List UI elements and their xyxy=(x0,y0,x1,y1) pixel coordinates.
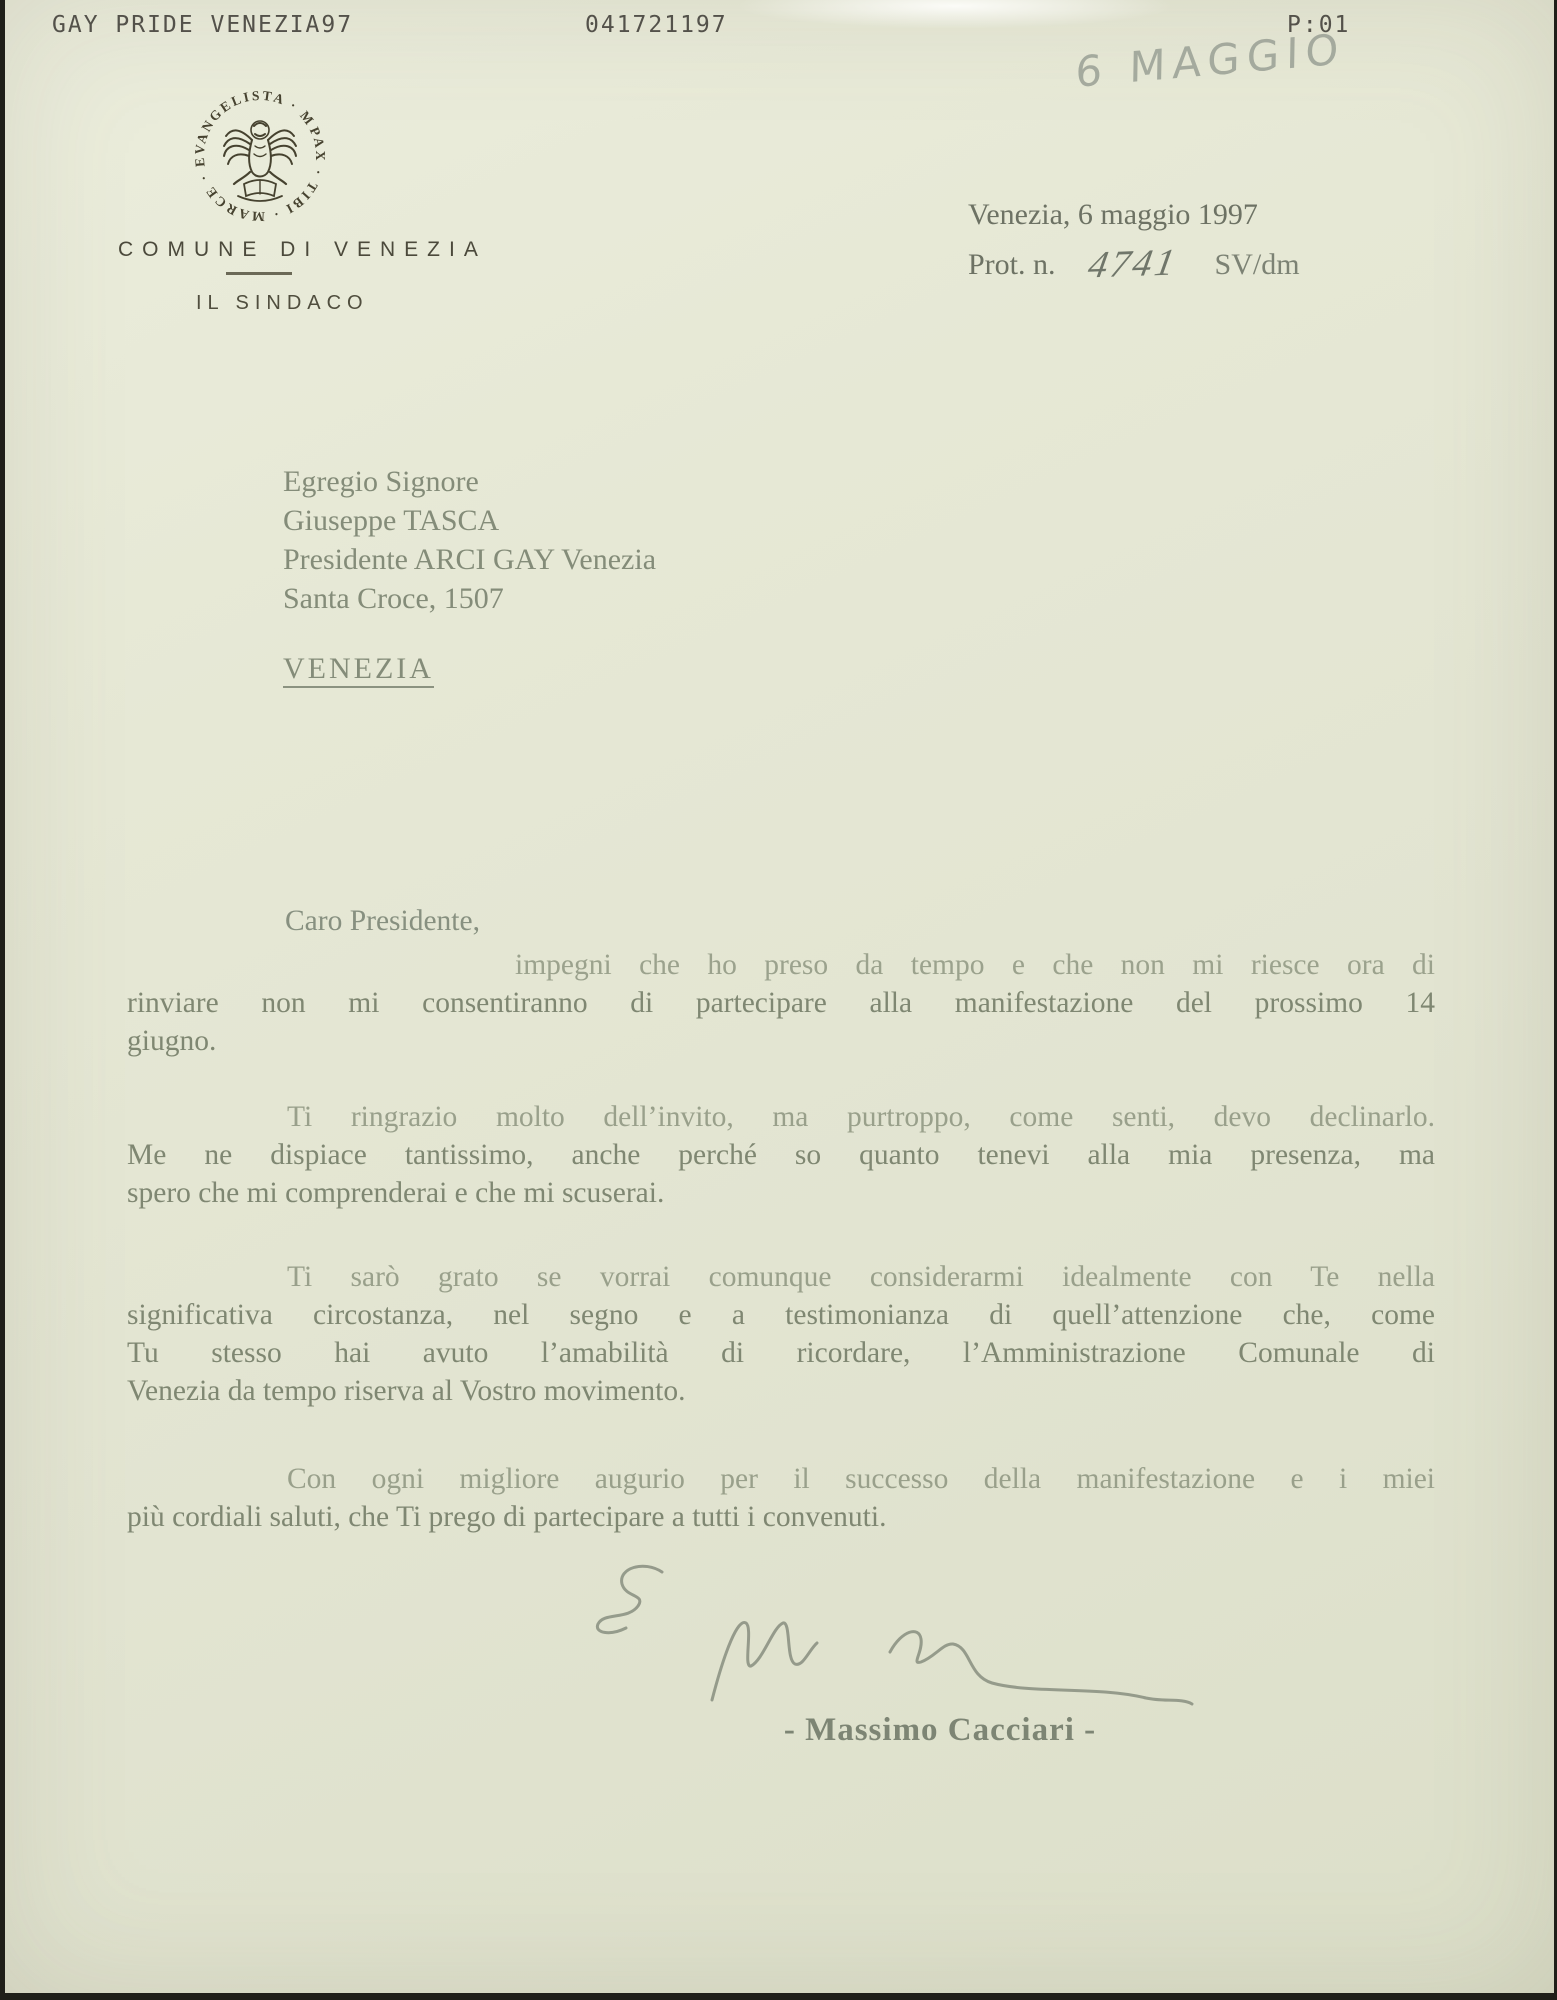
recipient-line: Egregio Signore xyxy=(283,462,656,501)
letter-line: rinviare non mi consentiranno di parteci… xyxy=(127,984,1435,1022)
letter-line: Ti ringrazio molto dell’invito, ma purtr… xyxy=(127,1098,1435,1136)
recipient-city: VENEZIA xyxy=(283,652,434,686)
protocol-label: Prot. n. xyxy=(968,248,1056,281)
letter-line: giugno. xyxy=(127,1022,1435,1060)
lion-of-st-mark-seal-icon: PAX · TIBI · MARCE · EVANGELISTA · MEVS … xyxy=(192,88,328,228)
handwritten-signature xyxy=(540,1540,1260,1730)
letterhead-organization: COMUNE DI VENEZIA xyxy=(118,238,487,262)
paragraph: impegni che ho preso da tempo e che non … xyxy=(127,946,1435,1060)
recipient-line: Giuseppe TASCA xyxy=(283,501,656,540)
letterhead-divider xyxy=(226,272,292,275)
letter-line: Me ne dispiace tantissimo, anche perché … xyxy=(127,1136,1435,1174)
fax-number: 041721197 xyxy=(585,12,728,38)
protocol-suffix: SV/dm xyxy=(1215,248,1300,281)
salutation: Caro Presidente, xyxy=(127,902,1435,940)
recipient-line: Santa Croce, 1507 xyxy=(283,579,656,618)
protocol-line: Prot. n. 4741 SV/dm xyxy=(968,242,1300,286)
protocol-number-handwritten: 4741 xyxy=(1085,240,1181,287)
letter-line: più cordiali saluti, che Ti prego di par… xyxy=(127,1498,1435,1536)
letter-line: Venezia da tempo riserva al Vostro movim… xyxy=(127,1372,1435,1410)
paragraph: Ti ringrazio molto dell’invito, ma purtr… xyxy=(127,1098,1435,1212)
fax-sender-id: GAY PRIDE VENEZIA97 xyxy=(52,12,353,38)
recipient-line: Presidente ARCI GAY Venezia xyxy=(283,540,656,579)
letter-line: Ti sarò grato se vorrai comunque conside… xyxy=(127,1258,1435,1296)
scanned-fax-page: GAY PRIDE VENEZIA97 041721197 P:01 6 MAG… xyxy=(0,0,1557,2000)
place-date-line: Venezia, 6 maggio 1997 xyxy=(968,198,1258,232)
letter-line: spero che mi comprenderai e che mi scuse… xyxy=(127,1174,1435,1212)
paragraph: Ti sarò grato se vorrai comunque conside… xyxy=(127,1258,1435,1410)
paragraph: Con ogni migliore augurio per il success… xyxy=(127,1460,1435,1536)
letterhead-office: IL SINDACO xyxy=(196,292,369,315)
recipient-block: Egregio SignoreGiuseppe TASCAPresidente … xyxy=(283,462,656,618)
winged-lion-figure xyxy=(224,121,296,201)
letter-line: significativa circostanza, nel segno e a… xyxy=(127,1296,1435,1334)
letter-line: Con ogni migliore augurio per il success… xyxy=(127,1460,1435,1498)
letter-line: impegni che ho preso da tempo e che non … xyxy=(127,946,1435,984)
signer-name: - Massimo Cacciari - xyxy=(770,1712,1110,1749)
letter-line: Tu stesso hai avuto l’amabilità di ricor… xyxy=(127,1334,1435,1372)
